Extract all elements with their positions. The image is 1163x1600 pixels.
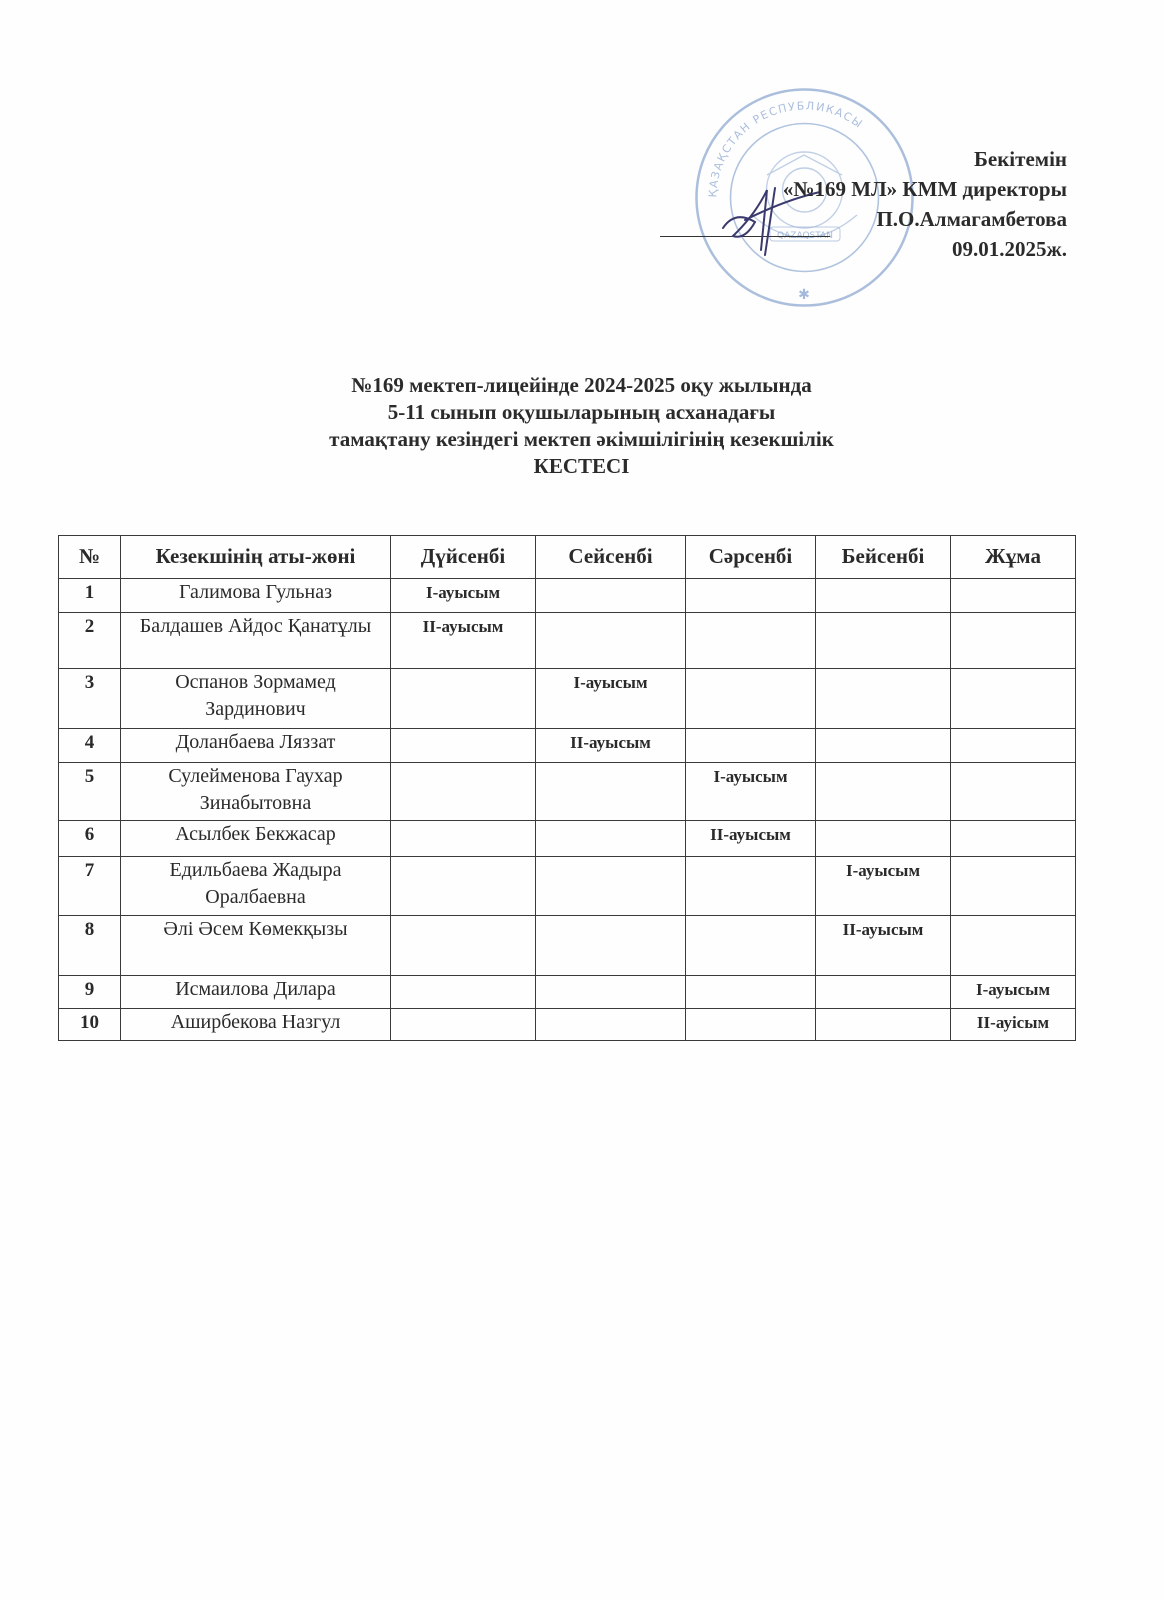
duty-person-name: Галимова Гульназ (121, 579, 391, 613)
row-number: 9 (59, 976, 121, 1009)
header-monday: Дүйсенбі (391, 536, 536, 579)
table-row: 7Едильбаева Жадыра ОралбаевнаІ-ауысым (59, 857, 1076, 916)
duty-person-name: Әлі Әсем Көмекқызы (121, 916, 391, 976)
shift-cell-monday (391, 1009, 536, 1041)
shift-cell-thursday (816, 821, 951, 857)
shift-cell-thursday (816, 1009, 951, 1041)
shift-cell-monday (391, 729, 536, 763)
shift-cell-monday (391, 857, 536, 916)
shift-cell-thursday: І-ауысым (816, 857, 951, 916)
duty-person-name: Сулейменова Гаухар Зинабытовна (121, 763, 391, 821)
shift-cell-tuesday (536, 763, 686, 821)
header-number: № (59, 536, 121, 579)
shift-cell-friday (951, 729, 1076, 763)
table-row: 3Оспанов Зормамед ЗардиновичІ-ауысым (59, 669, 1076, 729)
table-row: 8Әлі Әсем КөмекқызыІІ-ауысым (59, 916, 1076, 976)
table-row: 2Балдашев Айдос ҚанатұлыІІ-ауысым (59, 613, 1076, 669)
table-row: 6Асылбек БекжасарІІ-ауысым (59, 821, 1076, 857)
shift-cell-tuesday (536, 857, 686, 916)
duty-person-name: Едильбаева Жадыра Оралбаевна (121, 857, 391, 916)
header-thursday: Бейсенбі (816, 536, 951, 579)
shift-cell-friday (951, 669, 1076, 729)
title-line-2: 5-11 сынып оқушыларының асханадағы (0, 399, 1163, 426)
duty-person-name: Асылбек Бекжасар (121, 821, 391, 857)
approval-block: Бекітемін «№169 МЛ» КММ директоры П.О.Ал… (783, 144, 1067, 264)
shift-cell-friday (951, 857, 1076, 916)
shift-cell-tuesday (536, 976, 686, 1009)
table-row: 10Аширбекова НазгулІІ-ауiсым (59, 1009, 1076, 1041)
shift-cell-thursday (816, 763, 951, 821)
row-number: 1 (59, 579, 121, 613)
shift-cell-wednesday (686, 976, 816, 1009)
shift-cell-thursday (816, 579, 951, 613)
row-number: 8 (59, 916, 121, 976)
shift-cell-friday (951, 916, 1076, 976)
shift-cell-friday (951, 763, 1076, 821)
shift-cell-friday (951, 821, 1076, 857)
approval-name: П.О.Алмагамбетова (783, 204, 1067, 234)
shift-cell-wednesday (686, 669, 816, 729)
table-header-row: № Кезекшінің аты-жөні Дүйсенбі Сейсенбі … (59, 536, 1076, 579)
shift-cell-wednesday: ІІ-ауысым (686, 821, 816, 857)
row-number: 6 (59, 821, 121, 857)
shift-cell-tuesday (536, 579, 686, 613)
shift-cell-monday (391, 821, 536, 857)
document-page: ҚАЗАҚСТАН РЕСПУБЛИКАСЫ QAZAQSTAN ✱ Бекіт… (0, 0, 1163, 1600)
duty-person-name: Исмаилова Дилара (121, 976, 391, 1009)
header-tuesday: Сейсенбі (536, 536, 686, 579)
shift-cell-tuesday (536, 613, 686, 669)
row-number: 5 (59, 763, 121, 821)
shift-cell-thursday (816, 613, 951, 669)
document-title: №169 мектеп-лицейінде 2024-2025 оқу жылы… (0, 372, 1163, 480)
shift-cell-wednesday: І-ауысым (686, 763, 816, 821)
shift-cell-wednesday (686, 1009, 816, 1041)
approval-heading: Бекітемін (783, 144, 1067, 174)
shift-cell-monday (391, 669, 536, 729)
shift-cell-friday: І-ауысым (951, 976, 1076, 1009)
shift-cell-monday (391, 916, 536, 976)
header-friday: Жұма (951, 536, 1076, 579)
shift-cell-monday: ІІ-ауысым (391, 613, 536, 669)
shift-cell-wednesday (686, 729, 816, 763)
shift-cell-wednesday (686, 579, 816, 613)
shift-cell-wednesday (686, 916, 816, 976)
shift-cell-thursday: ІІ-ауысым (816, 916, 951, 976)
table-row: 4Доланбаева ЛяззатІІ-ауысым (59, 729, 1076, 763)
shift-cell-tuesday (536, 821, 686, 857)
shift-cell-tuesday: І-ауысым (536, 669, 686, 729)
shift-cell-tuesday: ІІ-ауысым (536, 729, 686, 763)
shift-cell-wednesday (686, 857, 816, 916)
row-number: 2 (59, 613, 121, 669)
row-number: 4 (59, 729, 121, 763)
table-row: 9Исмаилова ДилараІ-ауысым (59, 976, 1076, 1009)
approval-date: 09.01.2025ж. (783, 234, 1067, 264)
row-number: 3 (59, 669, 121, 729)
duty-person-name: Доланбаева Ляззат (121, 729, 391, 763)
title-line-1: №169 мектеп-лицейінде 2024-2025 оқу жылы… (0, 372, 1163, 399)
approval-position: «№169 МЛ» КММ директоры (783, 174, 1067, 204)
row-number: 7 (59, 857, 121, 916)
duty-person-name: Аширбекова Назгул (121, 1009, 391, 1041)
duty-person-name: Оспанов Зормамед Зардинович (121, 669, 391, 729)
duty-schedule-table: № Кезекшінің аты-жөні Дүйсенбі Сейсенбі … (58, 535, 1076, 1041)
title-line-4: КЕСТЕСІ (0, 453, 1163, 480)
shift-cell-monday (391, 763, 536, 821)
shift-cell-wednesday (686, 613, 816, 669)
header-name: Кезекшінің аты-жөні (121, 536, 391, 579)
shift-cell-friday (951, 613, 1076, 669)
shift-cell-tuesday (536, 1009, 686, 1041)
shift-cell-monday: І-ауысым (391, 579, 536, 613)
shift-cell-friday (951, 579, 1076, 613)
title-line-3: тамақтану кезіндегі мектеп әкімшілігінің… (0, 426, 1163, 453)
duty-person-name: Балдашев Айдос Қанатұлы (121, 613, 391, 669)
shift-cell-thursday (816, 729, 951, 763)
svg-text:✱: ✱ (798, 288, 810, 303)
shift-cell-thursday (816, 669, 951, 729)
shift-cell-tuesday (536, 916, 686, 976)
shift-cell-thursday (816, 976, 951, 1009)
table-row: 1Галимова ГульназІ-ауысым (59, 579, 1076, 613)
shift-cell-friday: ІІ-ауiсым (951, 1009, 1076, 1041)
row-number: 10 (59, 1009, 121, 1041)
table-row: 5Сулейменова Гаухар ЗинабытовнаІ-ауысым (59, 763, 1076, 821)
header-wednesday: Сәрсенбі (686, 536, 816, 579)
shift-cell-monday (391, 976, 536, 1009)
